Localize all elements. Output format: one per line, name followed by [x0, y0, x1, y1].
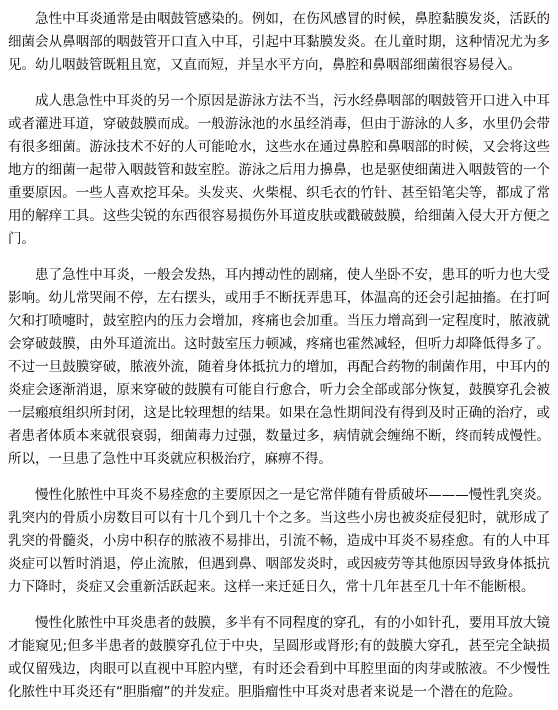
- article-body: 急性中耳炎通常是由咽鼓管感染的。例如，在伤风感冒的时候，鼻腔黏膜发炎，活跃的细菌…: [8, 8, 550, 704]
- paragraph-chronic-mastoiditis: 慢性化脓性中耳炎不易痊愈的主要原因之一是它常伴随有骨质破坏———慢性乳突炎。乳突…: [8, 484, 550, 599]
- paragraph-chronic-perforation-cholesteatoma: 慢性化脓性中耳炎患者的鼓膜，多半有不同程度的穿孔，有的小如针孔，要用耳放大镜才能…: [8, 612, 550, 704]
- paragraph-acute-symptoms-course: 患了急性中耳炎，一般会发热，耳内搏动性的剧痛，使人坐卧不安，患耳的听力也大受影响…: [8, 264, 550, 471]
- paragraph-acute-otitis-cause: 急性中耳炎通常是由咽鼓管感染的。例如，在伤风感冒的时候，鼻腔黏膜发炎，活跃的细菌…: [8, 8, 550, 77]
- paragraph-adult-swimming-cause: 成人患急性中耳炎的另一个原因是游泳方法不当，污水经鼻咽部的咽鼓管开口进入中耳或者…: [8, 90, 550, 251]
